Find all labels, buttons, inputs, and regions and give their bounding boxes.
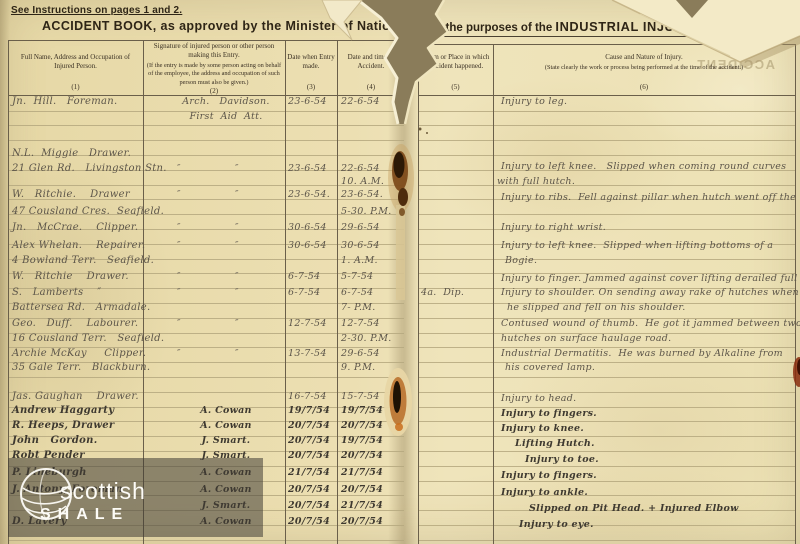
watermark-text-shale: SHALE	[40, 506, 129, 524]
ruled-line	[418, 481, 795, 482]
watermark-text-scottish: scottish	[60, 478, 146, 505]
handwriting-name: 4 Bowland Terr. Seafield.	[12, 256, 154, 266]
handwriting-cause: Injury to eye.	[519, 520, 594, 530]
accident-book-title: ACCIDENT BOOK, as approved by the Minist…	[42, 19, 409, 33]
handwriting-date-accident: 20/7/54	[341, 451, 383, 461]
column-label: Cause and Nature of Injury. (State clear…	[545, 53, 743, 72]
handwriting-date-accident: 19/7/54	[341, 406, 383, 416]
handwriting-date-accident: 22-6-54	[341, 97, 380, 107]
handwriting-date-entry: 20/7/54	[288, 451, 330, 461]
ditto-mark: ″	[177, 223, 181, 233]
act-title-name: INDUSTRIAL INJURIES ACT, 1946.	[555, 19, 780, 34]
column-number: (3)	[307, 83, 315, 92]
handwriting-date-entry: 20/7/54	[288, 501, 330, 511]
column-header-3: Date when Entry made. (3)	[287, 42, 335, 92]
ruled-line	[418, 362, 795, 363]
column-header-1: Full Name, Address and Occupation of Inj…	[10, 42, 141, 92]
column-label: Date when Entry made.	[287, 53, 335, 71]
handwriting-name: Jas. Gaughan Drawer.	[12, 392, 139, 402]
ruled-line	[418, 540, 795, 541]
ruled-line	[418, 214, 795, 215]
handwriting-cause: Injury to finger. Jammed against cover l…	[501, 274, 800, 284]
ruled-line	[8, 540, 404, 541]
handwriting-name: Alex Whelan. Repairer.	[12, 241, 145, 251]
handwriting-date-accident: 20/7/54	[341, 517, 383, 527]
handwriting-name: John Gordon.	[12, 436, 97, 446]
handwriting-name: S. Lamberts ″	[12, 288, 101, 298]
column-label: Room or Place in which Accident happened…	[420, 53, 491, 71]
handwriting-date-accident: 5-30. P.M.	[341, 207, 392, 217]
handwriting-cause: Injury to left knee. Slipped when liftin…	[501, 241, 773, 251]
handwriting-date-entry: 23-6-54	[288, 97, 327, 107]
handwriting-cause: Injury to ribs. Fell against pillar when…	[501, 193, 800, 203]
handwriting-date-accident: 20/7/54	[341, 485, 383, 495]
ditto-mark: ″	[235, 223, 239, 233]
handwriting-date-accident: 29-6-54	[341, 349, 380, 359]
handwriting-date-entry: 19/7/54	[288, 406, 330, 416]
ruled-line	[418, 466, 795, 467]
handwriting-date-accident: 10. A.M.	[341, 177, 384, 187]
handwriting-cause: Bogie.	[505, 256, 537, 266]
handwriting-date-entry: 23-6-54.	[288, 190, 330, 200]
ruled-line	[8, 377, 404, 378]
handwriting-date-entry: 12-7-54	[288, 319, 327, 329]
handwriting-date-accident: 12-7-54	[341, 319, 380, 329]
act-title: for the purposes of the INDUSTRIAL INJUR…	[427, 19, 780, 34]
handwriting-date-entry: 20/7/54	[288, 517, 330, 527]
ruled-line	[418, 495, 795, 496]
handwriting-cause: Injury to leg.	[501, 97, 567, 107]
ruled-line	[418, 229, 795, 230]
column-number: (4)	[367, 83, 375, 92]
handwriting-cause: Injury to left knee. Slipped when coming…	[501, 162, 786, 172]
handwriting-room: 4a. Dip.	[421, 288, 464, 298]
handwriting-name: Geo. Duff. Labourer.	[12, 319, 138, 329]
ruled-line	[418, 451, 795, 452]
column-border	[285, 40, 286, 544]
ditto-mark: ″	[177, 288, 181, 298]
ruled-line	[8, 125, 404, 126]
handwriting-date-entry: 6-7-54	[288, 272, 320, 282]
ruled-line	[418, 407, 795, 408]
handwriting-signature: Arch. Davidson.	[173, 97, 279, 107]
handwriting-date-entry: 16-7-54	[288, 392, 327, 402]
handwriting-name: 47 Cousland Cres. Seafield.	[12, 207, 164, 217]
handwriting-date-accident: 22-6-54	[341, 164, 380, 174]
handwriting-date-accident: 7- P.M.	[341, 303, 376, 313]
handwriting-date-accident: 21/7/54	[341, 501, 383, 511]
handwriting-date-entry: 23-6-54	[288, 164, 327, 174]
column-sublabel: (If the entry is made by some person act…	[145, 62, 283, 87]
handwriting-cause: his covered lamp.	[505, 363, 595, 373]
ditto-mark: ″	[177, 241, 181, 251]
column-number: (5)	[451, 83, 459, 92]
handwriting-date-entry: 30-6-54	[288, 223, 327, 233]
scottish-shale-watermark: scottish SHALE	[8, 458, 263, 537]
handwriting-date-entry: 20/7/54	[288, 436, 330, 446]
handwriting-date-accident: 19/7/54	[341, 436, 383, 446]
handwriting-date-accident: 20/7/54	[341, 421, 383, 431]
accident-book-scan: See Instructions on pages 1 and 2. ACCID…	[0, 0, 800, 544]
ruled-line	[418, 436, 795, 437]
handwriting-name: Andrew Haggarty	[12, 406, 114, 416]
column-number: (6)	[640, 83, 648, 92]
ruled-line	[418, 155, 795, 156]
ruled-line	[418, 185, 795, 186]
column-border	[418, 44, 419, 544]
handwriting-cause: Injury to fingers.	[501, 471, 597, 481]
handwriting-cause: Slipped on Pit Head. + Injured Elbow	[529, 504, 739, 514]
column-number: (1)	[71, 83, 79, 92]
column-border	[493, 44, 494, 544]
ditto-mark: ″	[235, 164, 239, 174]
handwriting-cause: Injury to fingers.	[501, 409, 597, 419]
column-header-6: Cause and Nature of Injury. (State clear…	[495, 42, 793, 92]
handwriting-cause: he slipped and fell on his shoulder.	[507, 303, 686, 313]
table-top-border-left	[8, 40, 404, 41]
ruled-line	[418, 259, 795, 260]
column-header-4: Date and time of Accident. (4)	[339, 42, 403, 92]
handwriting-name: W. Ritchie Drawer.	[12, 272, 129, 282]
handwriting-date-entry: 20/7/54	[288, 485, 330, 495]
column-label: Signature of injured person or other per…	[145, 42, 283, 87]
handwriting-date-accident: 9. P.M.	[341, 363, 375, 373]
column-number: (2)	[210, 87, 218, 96]
ditto-mark: ″	[235, 272, 239, 282]
handwriting-name: 16 Cousland Terr. Seafield.	[12, 334, 164, 344]
ditto-mark: ″	[235, 319, 239, 329]
handwriting-date-entry: 6-7-54	[288, 288, 320, 298]
act-title-prefix: for the purposes of the	[427, 22, 555, 34]
handwriting-name: Archie McKay Clipper.	[12, 349, 146, 359]
ditto-mark: ″	[177, 272, 181, 282]
handwriting-signature: A. Cowan	[173, 406, 279, 416]
handwriting-name: W. Ritchie. Drawer	[12, 190, 130, 200]
handwriting-cause: Contused wound of thumb. He got it jamme…	[501, 319, 800, 329]
title-underline	[420, 36, 794, 37]
handwriting-name: Jn. McCrae. Clipper.	[12, 223, 138, 233]
handwriting-date-entry: 20/7/54	[288, 421, 330, 431]
handwriting-cause: Injury to right wrist.	[501, 223, 606, 233]
handwriting-cause: with full hutch.	[497, 177, 575, 187]
handwriting-name: Jn. Hill. Foreman.	[12, 97, 118, 107]
ruled-line	[418, 421, 795, 422]
ruled-line	[418, 140, 795, 141]
ditto-mark: ″	[177, 164, 181, 174]
handwriting-cause: hutches on surface haulage road.	[501, 334, 672, 344]
handwriting-date-entry: 30-6-54	[288, 241, 327, 251]
ditto-mark: ″	[235, 190, 239, 200]
handwriting-date-accident: 1. A.M.	[341, 256, 378, 266]
handwriting-cause: Injury to toe.	[525, 455, 599, 465]
handwriting-date-accident: 21/7/54	[341, 468, 383, 478]
handwriting-date-entry: 13-7-54	[288, 349, 327, 359]
handwriting-name: R. Heeps, Drawer	[12, 421, 115, 431]
handwriting-cause: Injury to ankle.	[501, 488, 588, 498]
ditto-mark: ″	[235, 288, 239, 298]
column-label: Date and time of Accident.	[339, 53, 403, 71]
handwriting-date-accident: 29-6-54	[341, 223, 380, 233]
ruled-line	[8, 140, 404, 141]
handwriting-cause: Industrial Dermatitis. He was burned by …	[501, 349, 783, 359]
handwriting-name: N.L. Miggie Drawer.	[12, 149, 131, 159]
ruled-line	[418, 525, 795, 526]
column-header-2: Signature of injured person or other per…	[145, 42, 283, 92]
ditto-mark: ″	[177, 319, 181, 329]
handwriting-date-accident: 6-7-54	[341, 288, 373, 298]
instructions-note: See Instructions on pages 1 and 2.	[11, 5, 182, 16]
ditto-mark: ″	[177, 349, 181, 359]
ditto-mark: ″	[235, 241, 239, 251]
handwriting-cause: Lifting Hutch.	[515, 439, 595, 449]
handwriting-cause: Injury to knee.	[501, 424, 584, 434]
ruled-line	[418, 125, 795, 126]
header-bottom-border-right	[418, 95, 795, 96]
column-sublabel: (State clearly the work or process being…	[545, 64, 743, 72]
ruled-line	[418, 111, 795, 112]
handwriting-date-entry: 21/7/54	[288, 468, 330, 478]
column-border	[337, 40, 338, 544]
ditto-mark: ″	[177, 190, 181, 200]
handwriting-date-accident: 15-7-54	[341, 392, 380, 402]
handwriting-signature: J. Smart.	[173, 436, 279, 446]
ruled-line	[418, 377, 795, 378]
handwriting-date-accident: 23-6-54.	[341, 190, 383, 200]
handwriting-name: 35 Gale Terr. Blackburn.	[12, 363, 150, 373]
handwriting-signature: First Aid Att.	[173, 112, 279, 122]
column-label: Full Name, Address and Occupation of Inj…	[10, 53, 141, 71]
handwriting-date-accident: 5-7-54	[341, 272, 373, 282]
ditto-mark: ″	[235, 349, 239, 359]
handwriting-name: 21 Glen Rd. Livingston Stn.	[12, 164, 167, 174]
handwriting-date-accident: 30-6-54	[341, 241, 380, 251]
handwriting-cause: Injury to head.	[501, 394, 576, 404]
column-header-5: Room or Place in which Accident happened…	[420, 42, 491, 92]
handwriting-signature: A. Cowan	[173, 421, 279, 431]
handwriting-date-accident: 2-30. P.M.	[341, 334, 392, 344]
ruled-line	[418, 392, 795, 393]
handwriting-cause: Injury to shoulder. On sending away rake…	[501, 288, 799, 298]
handwriting-name: Battersea Rd. Armadale.	[12, 303, 151, 313]
